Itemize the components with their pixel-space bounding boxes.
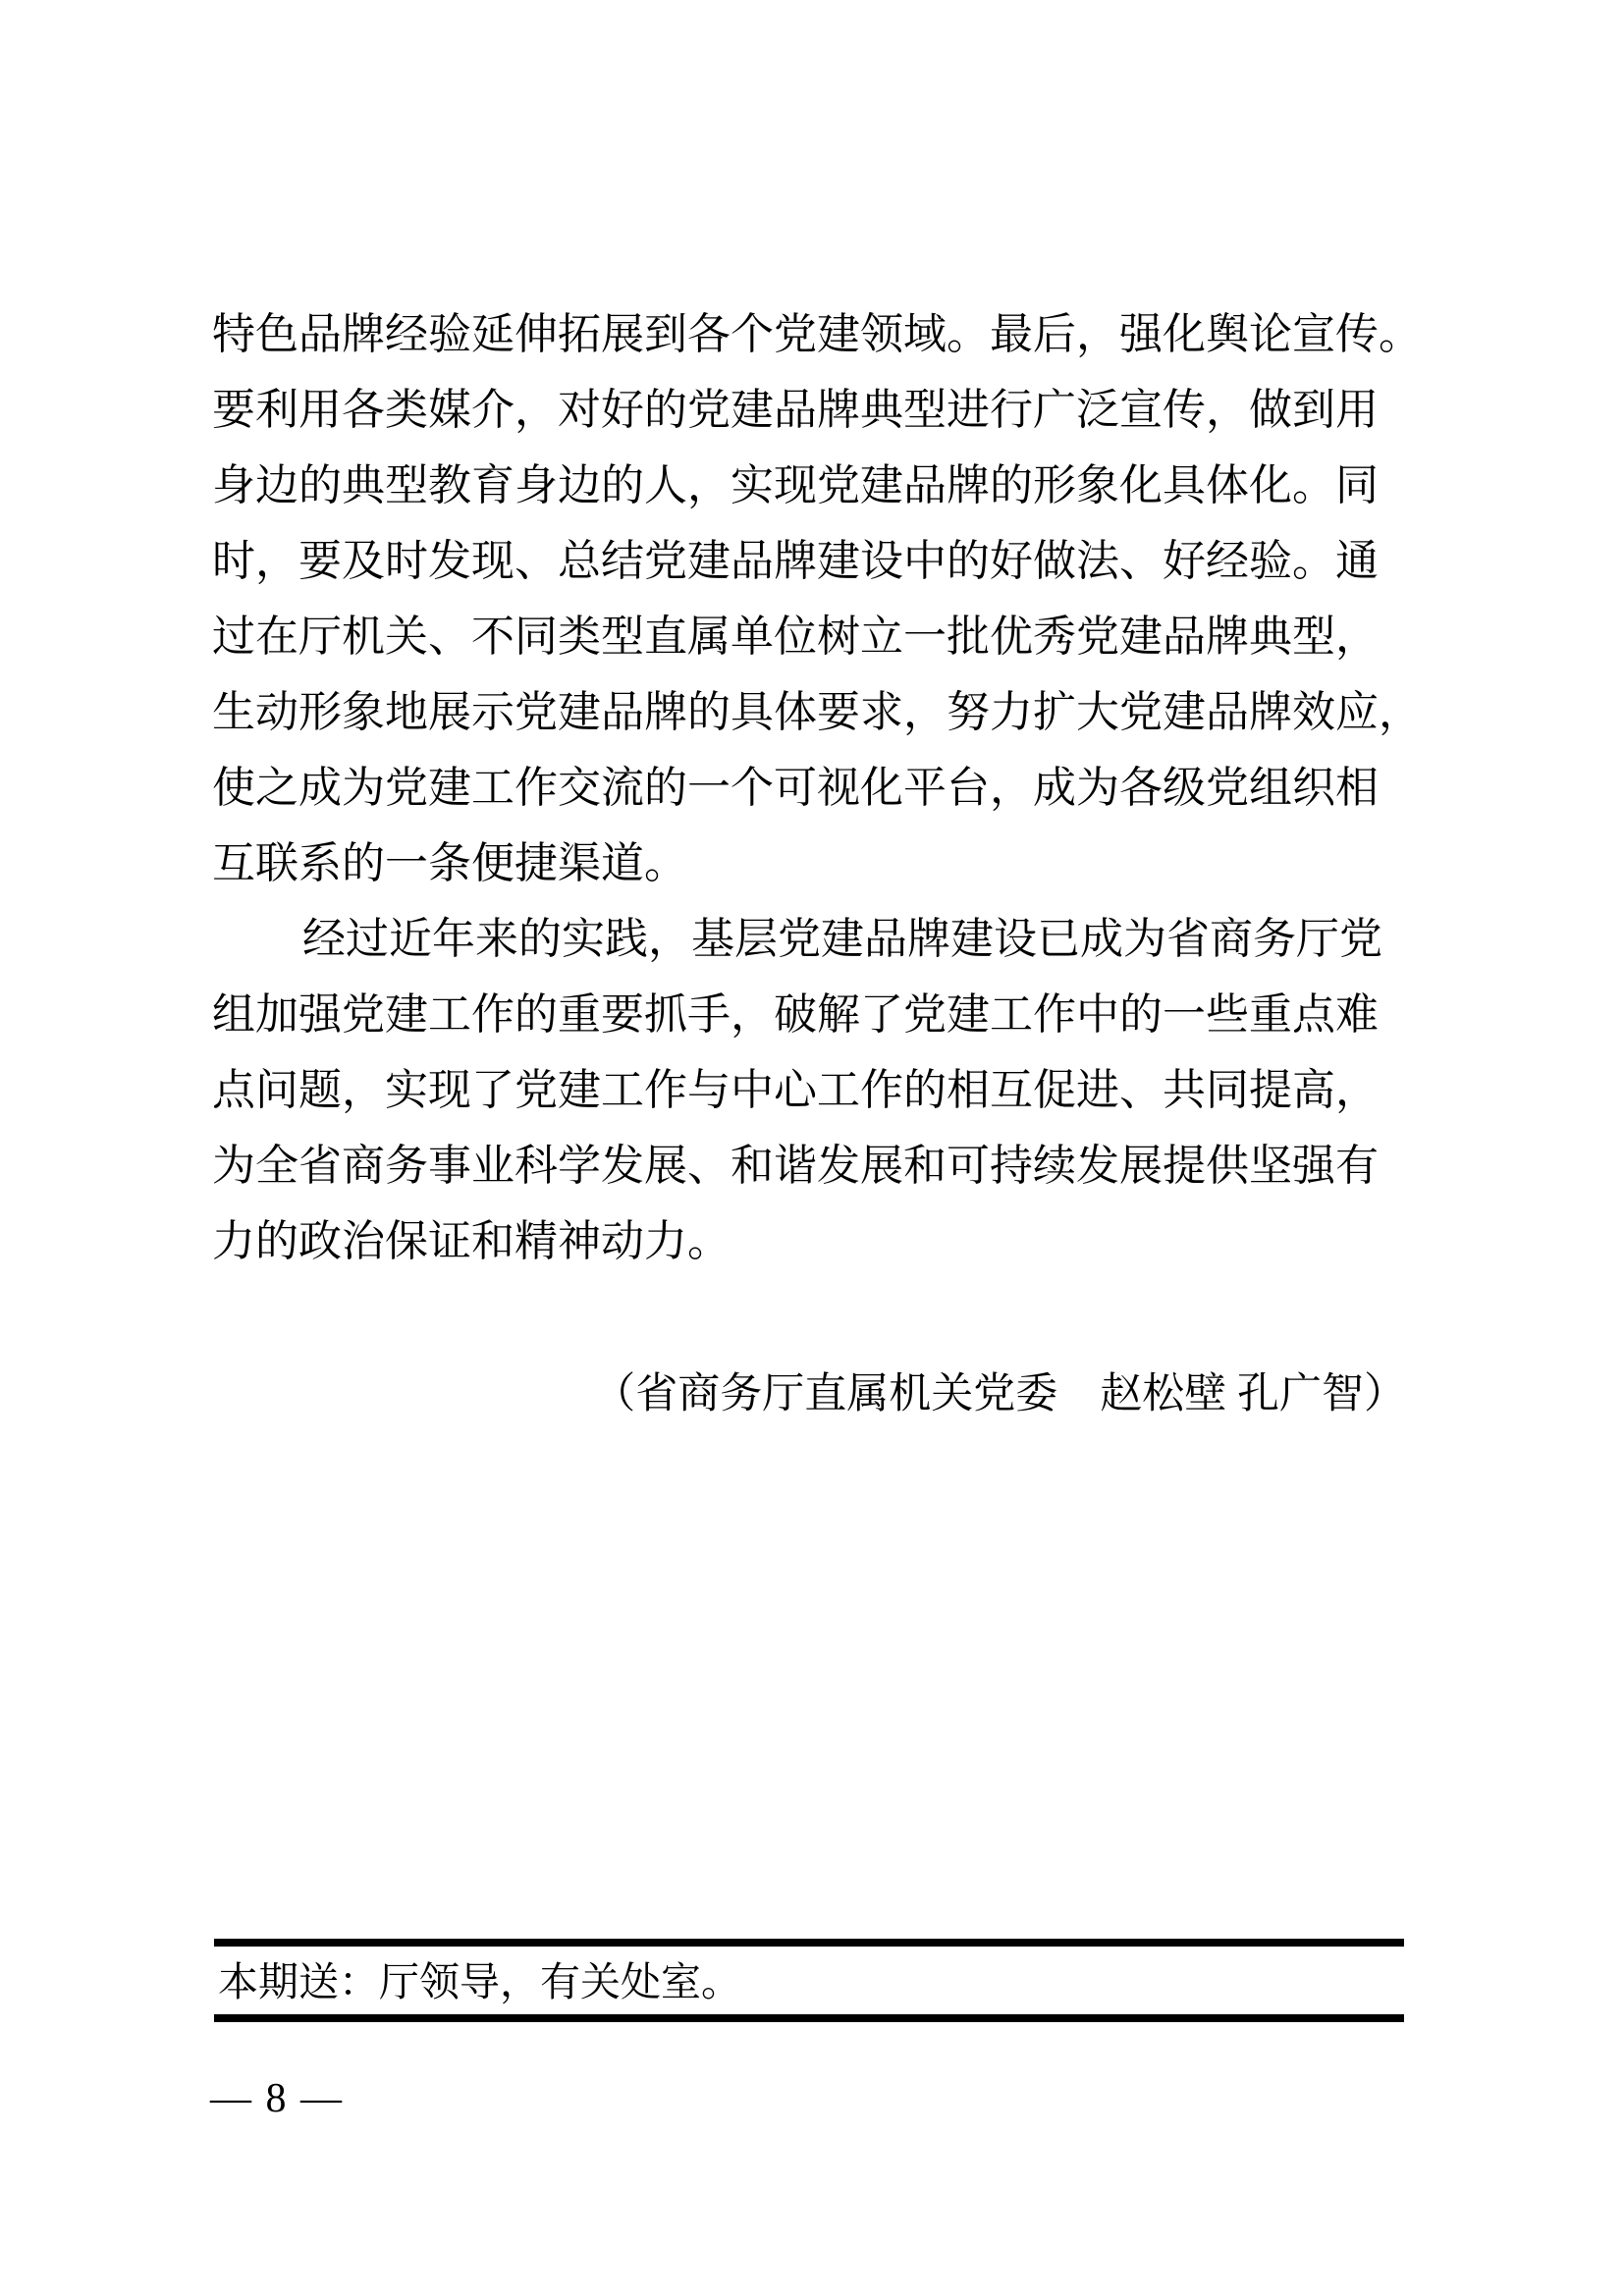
distribution-note: 本期送：厅领导，有关处室。 — [218, 1951, 741, 2012]
body-line: 要利用各类媒介，对好的党建品牌典型进行广泛宣传，做到用 — [212, 372, 1430, 448]
body-line: 为全省商务事业科学发展、和谐发展和可持续发展提供坚强有 — [212, 1128, 1430, 1203]
page-number: — 8 — — [210, 2069, 344, 2128]
signature-line: （省商务厅直属机关党委 赵松壁 孔广智） — [212, 1364, 1406, 1425]
body-line: 特色品牌经验延伸拓展到各个党建领域。最后，强化舆论宣传。 — [212, 296, 1430, 372]
body-line: 时，要及时发现、总结党建品牌建设中的好做法、好经验。通 — [212, 523, 1430, 599]
body-line-paragraph-end: 互联系的一条便捷渠道。 — [212, 826, 1430, 901]
body-line: 身边的典型教育身边的人，实现党建品牌的形象化具体化。同 — [212, 448, 1430, 523]
body-line: 使之成为党建工作交流的一个可视化平台，成为各级党组织相 — [212, 750, 1430, 826]
body-line: 过在厅机关、不同类型直属单位树立一批优秀党建品牌典型， — [212, 599, 1430, 674]
body-text-block: 特色品牌经验延伸拓展到各个党建领域。最后，强化舆论宣传。 要利用各类媒介，对好的… — [212, 296, 1430, 1279]
document-page: 特色品牌经验延伸拓展到各个党建领域。最后，强化舆论宣传。 要利用各类媒介，对好的… — [0, 0, 1624, 2296]
footer-rule-top — [214, 1939, 1404, 1947]
body-line-paragraph-start: 经过近年来的实践，基层党建品牌建设已成为省商务厅党 — [212, 901, 1430, 977]
body-line-paragraph-end: 力的政治保证和精神动力。 — [212, 1203, 1430, 1279]
body-line: 组加强党建工作的重要抓手，破解了党建工作中的一些重点难 — [212, 977, 1430, 1052]
body-line: 生动形象地展示党建品牌的具体要求，努力扩大党建品牌效应， — [212, 674, 1430, 750]
body-line: 点问题，实现了党建工作与中心工作的相互促进、共同提高， — [212, 1052, 1430, 1128]
footer-rule-bottom — [214, 2014, 1404, 2022]
